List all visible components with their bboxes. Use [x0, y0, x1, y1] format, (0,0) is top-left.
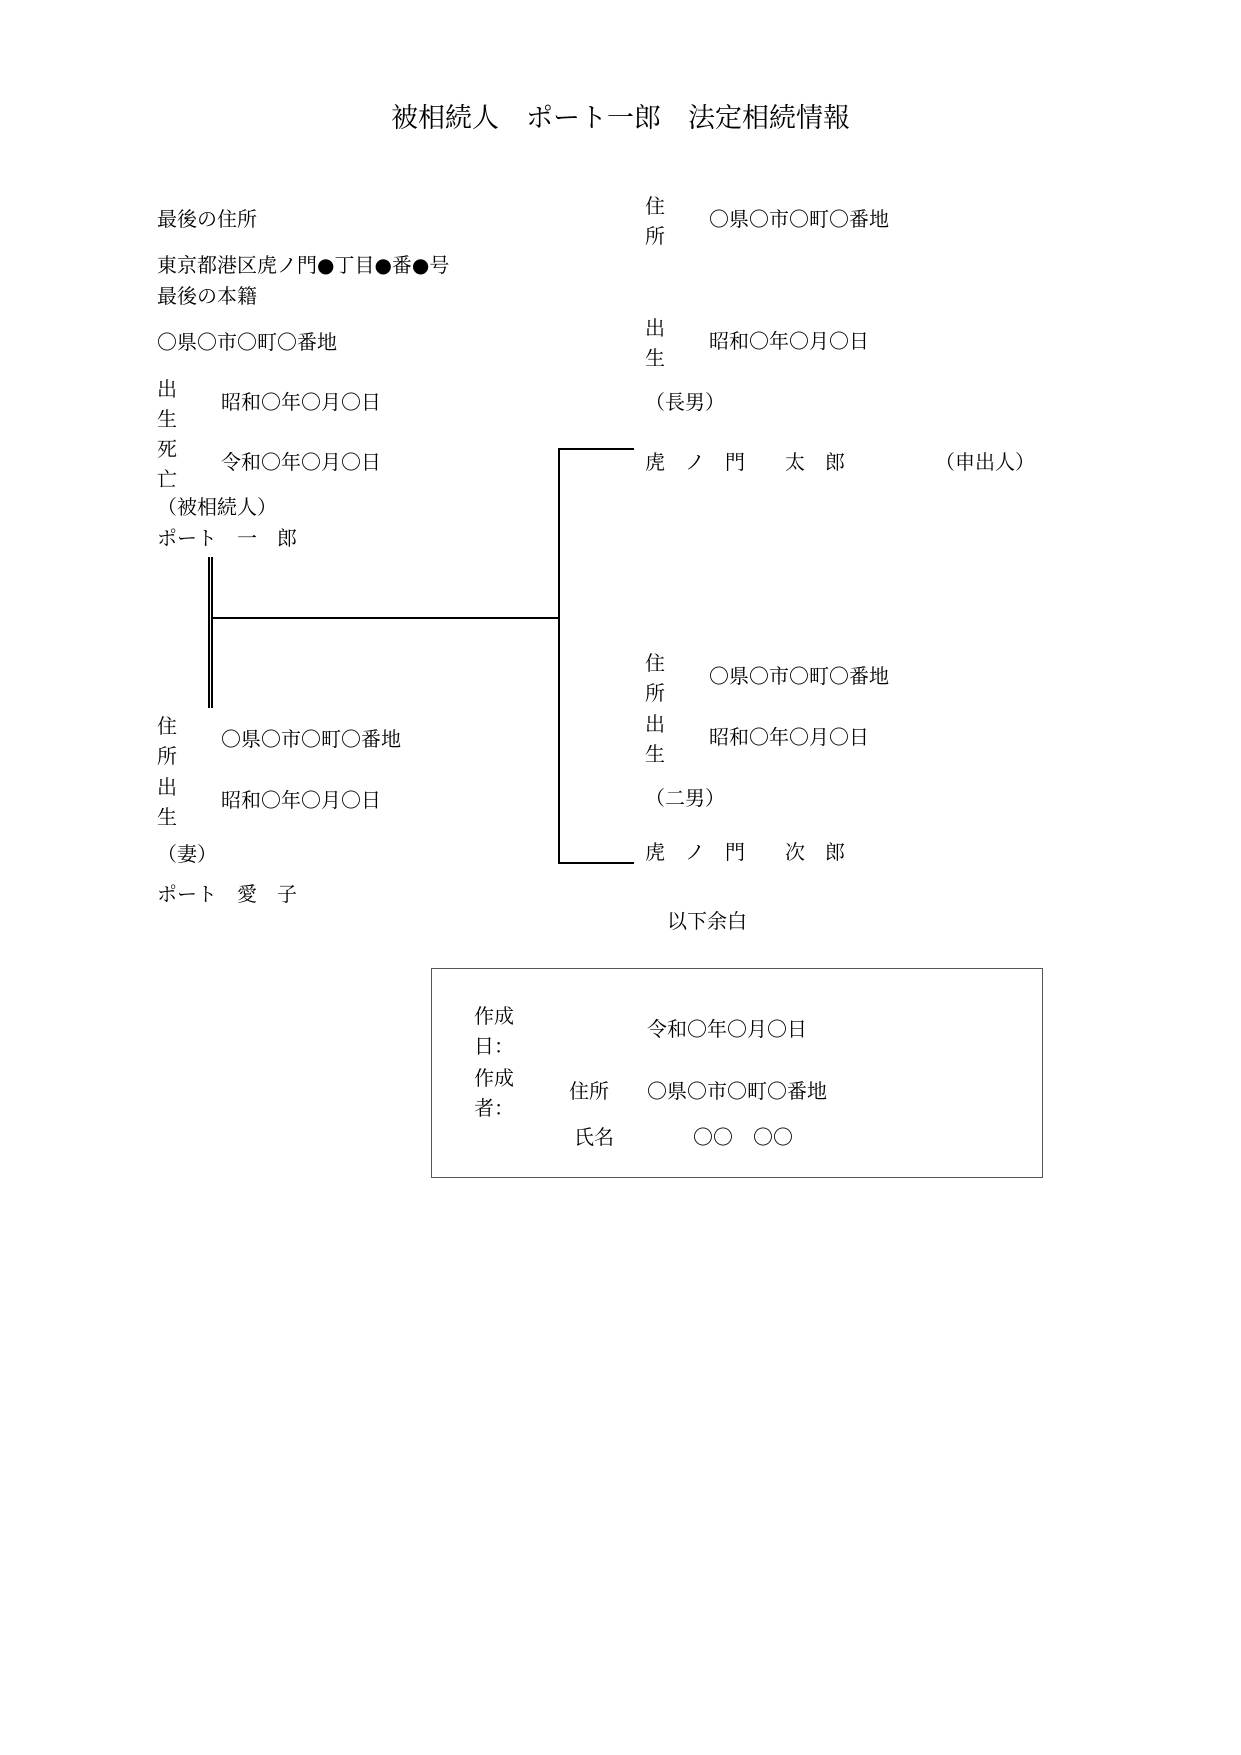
deceased-death-date: 令和〇年〇月〇日 — [221, 450, 381, 474]
spouse-name: ポート 愛 子 — [157, 882, 297, 906]
deceased-birth-label: 出生 — [157, 374, 181, 434]
last-domicile-value: 〇県〇市〇町〇番地 — [157, 330, 337, 354]
child2-branch-line — [558, 862, 634, 864]
child1-birth-label: 出生 — [645, 313, 669, 373]
child1-birth-date: 昭和〇年〇月〇日 — [709, 329, 869, 353]
end-note: 以下余白 — [667, 909, 747, 933]
children-vertical-line — [558, 448, 560, 863]
child2-address-label: 住所 — [645, 648, 669, 708]
child2-address: 〇県〇市〇町〇番地 — [709, 664, 889, 688]
child2-name: 虎 ノ 門 次 郎 — [645, 840, 845, 864]
child1-address: 〇県〇市〇町〇番地 — [709, 207, 889, 231]
child1-address-label: 住所 — [645, 191, 669, 251]
spouse-address-label: 住所 — [157, 711, 181, 771]
child2-birth-label: 出生 — [645, 709, 669, 769]
child2-birth-date: 昭和〇年〇月〇日 — [709, 725, 869, 749]
descendant-connector-line — [212, 617, 559, 619]
child1-branch-line — [558, 448, 634, 450]
marriage-line-right — [211, 557, 213, 708]
creator-box: 作成日： 令和〇年〇月〇日 作成者： 住所 〇県〇市〇町〇番地 氏名 〇〇 〇〇 — [431, 968, 1043, 1178]
last-domicile-label: 最後の本籍 — [157, 284, 257, 308]
creation-date-label: 作成日： — [474, 1001, 522, 1061]
child1-name: 虎 ノ 門 太 郎 — [645, 450, 845, 474]
child1-relation: （長男） — [645, 390, 725, 414]
child2-relation: （二男） — [645, 786, 725, 810]
creator-name: 〇〇 〇〇 — [693, 1125, 793, 1149]
spouse-relation: （妻） — [157, 842, 217, 866]
deceased-relation: （被相続人） — [157, 495, 277, 519]
creator-address-label: 住所 — [569, 1079, 609, 1103]
applicant-note: （申出人） — [935, 450, 1035, 474]
creation-date: 令和〇年〇月〇日 — [647, 1017, 807, 1041]
page-title: 被相続人 ポート一郎 法定相続情報 — [0, 102, 1241, 136]
spouse-birth-date: 昭和〇年〇月〇日 — [221, 788, 381, 812]
spouse-birth-label: 出生 — [157, 772, 181, 832]
spouse-address: 〇県〇市〇町〇番地 — [221, 727, 401, 751]
creator-name-label: 氏名 — [574, 1125, 614, 1149]
deceased-birth-date: 昭和〇年〇月〇日 — [221, 390, 381, 414]
deceased-name: ポート 一 郎 — [157, 526, 297, 550]
marriage-line-left — [208, 557, 210, 708]
last-address-value: 東京都港区虎ノ門●丁目●番●号 — [157, 253, 449, 277]
deceased-death-label: 死亡 — [157, 434, 181, 494]
last-address-label: 最後の住所 — [157, 207, 257, 231]
creator-address: 〇県〇市〇町〇番地 — [647, 1079, 827, 1103]
creator-label: 作成者： — [474, 1063, 522, 1123]
